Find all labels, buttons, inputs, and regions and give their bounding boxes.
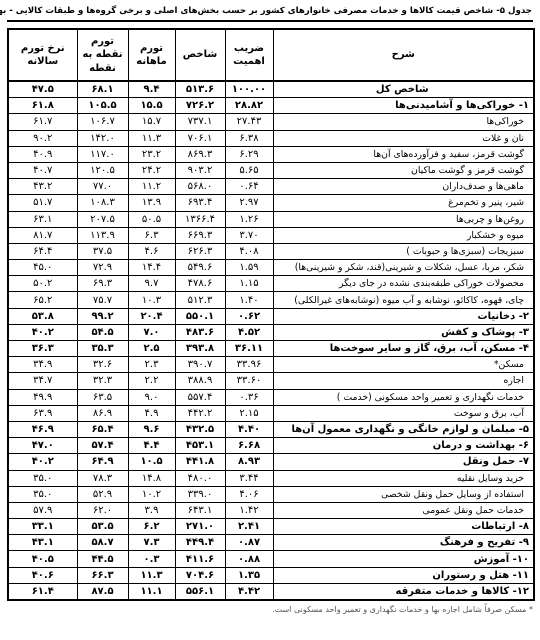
description-cell: چای، قهوه، کاکائو، نوشابه و آب میوه (نوش… [273, 292, 534, 308]
title-divider [7, 20, 533, 22]
weight-cell: ۱.۲۶ [225, 211, 273, 227]
table-row: میوه و خشکبار۳.۷۰۶۶۹.۳۶.۳۱۱۳.۹۸۱.۷ [8, 227, 534, 243]
weight-cell: ۱.۴۰ [225, 292, 273, 308]
monthly-inflation-cell: ۹.۶ [128, 421, 175, 437]
index-cell: ۵۵۶.۱ [175, 583, 225, 600]
table-row: ۱۰- آموزش۰.۸۸۴۱۱.۶۰.۳۴۴.۵۴۰.۵ [8, 551, 534, 567]
monthly-inflation-cell: ۱۱.۱ [128, 583, 175, 600]
monthly-inflation-cell: ۰.۳ [128, 551, 175, 567]
weight-cell: ۴.۴۰ [225, 421, 273, 437]
description-cell: گوشت قرمز و گوشت ماکیان [273, 162, 534, 178]
column-header-weight: ضریب اهمیت [225, 29, 273, 81]
annual-inflation-cell: ۳۴.۷ [8, 373, 77, 389]
index-cell: ۷۲۶.۲ [175, 98, 225, 114]
index-cell: ۵۵۰.۱ [175, 308, 225, 324]
weight-cell: ۰.۸۸ [225, 551, 273, 567]
column-header-annual-inflation: نرخ تورم سالانه [8, 29, 77, 81]
index-cell: ۵۱۲.۳ [175, 292, 225, 308]
point-to-point-inflation-cell: ۶۸.۱ [77, 81, 128, 98]
annual-inflation-cell: ۳۵.۰ [8, 470, 77, 486]
weight-cell: ۱۰۰.۰۰ [225, 81, 273, 98]
description-cell: آب، برق و سوخت [273, 405, 534, 421]
annual-inflation-cell: ۴۷.۵ [8, 81, 77, 98]
description-cell: ۵- مبلمان و لوازم خانگی و نگهداری معمول … [273, 421, 534, 437]
point-to-point-inflation-cell: ۶۵.۴ [77, 421, 128, 437]
monthly-inflation-cell: ۱۰.۲ [128, 486, 175, 502]
index-cell: ۴۸۰.۰ [175, 470, 225, 486]
weight-cell: ۶.۳۸ [225, 130, 273, 146]
annual-inflation-cell: ۳۵.۰ [8, 486, 77, 502]
weight-cell: ۵.۶۵ [225, 162, 273, 178]
annual-inflation-cell: ۴۳.۲ [8, 179, 77, 195]
description-cell: میوه و خشکبار [273, 227, 534, 243]
annual-inflation-cell: ۵۳.۸ [8, 308, 77, 324]
table-row: نان و غلات۶.۳۸۷۰۶.۱۱۱.۳۱۴۲.۰۹۰.۲ [8, 130, 534, 146]
table-row: ۴- مسکن، آب، برق، گاز و سایر سوخت‌ها۳۶.۱… [8, 341, 534, 357]
monthly-inflation-cell: ۵۰.۵ [128, 211, 175, 227]
table-row: استفاده از وسایل حمل ونقل شخصی۴.۰۶۳۳۹.۰۱… [8, 486, 534, 502]
table-row: ۸- ارتباطات۲.۴۱۲۷۱.۰۶.۲۵۳.۵۳۳.۱ [8, 519, 534, 535]
index-cell: ۳۹۰.۷ [175, 357, 225, 373]
monthly-inflation-cell: ۹.۷ [128, 276, 175, 292]
monthly-inflation-cell: ۱۰.۵ [128, 454, 175, 470]
index-cell: ۳۹۳.۸ [175, 341, 225, 357]
weight-cell: ۱.۳۵ [225, 567, 273, 583]
point-to-point-inflation-cell: ۶۴.۹ [77, 454, 128, 470]
description-cell: محصولات خوراکی طبقه‌بندی نشده در جای دیگ… [273, 276, 534, 292]
document: جدول ۵- شاخص قیمت کالاها و خدمات مصرفی خ… [0, 0, 540, 614]
point-to-point-inflation-cell: ۳۷.۵ [77, 243, 128, 259]
table-row: ماهی‌ها و صدف‌داران۰.۶۴۵۶۸.۰۱۱.۲۷۷.۰۴۳.۲ [8, 179, 534, 195]
point-to-point-inflation-cell: ۵۸.۷ [77, 535, 128, 551]
annual-inflation-cell: ۵۰.۲ [8, 276, 77, 292]
annual-inflation-cell: ۳۴.۹ [8, 357, 77, 373]
column-header-index: شاخص [175, 29, 225, 81]
weight-cell: ۰.۶۴ [225, 179, 273, 195]
index-cell: ۹۰۳.۲ [175, 162, 225, 178]
monthly-inflation-cell: ۱۵.۵ [128, 98, 175, 114]
weight-cell: ۶.۲۹ [225, 146, 273, 162]
table-row: شکر، مربا، عسل، شکلات و شیرینی(قند، شکر … [8, 260, 534, 276]
annual-inflation-cell: ۶۴.۴ [8, 243, 77, 259]
table-row: ۳- پوشاک و کفش۴.۵۲۴۸۳.۶۷.۰۵۴.۵۴۰.۲ [8, 324, 534, 340]
annual-inflation-cell: ۴۰.۲ [8, 454, 77, 470]
point-to-point-inflation-cell: ۲۰۷.۵ [77, 211, 128, 227]
weight-cell: ۱.۴۲ [225, 502, 273, 518]
housing-footnote: * مسکن صرفاً شامل اجاره بها و خدمات نگهد… [7, 601, 535, 614]
monthly-inflation-cell: ۴.۴ [128, 438, 175, 454]
index-cell: ۶۴۳.۱ [175, 502, 225, 518]
monthly-inflation-cell: ۲.۳ [128, 357, 175, 373]
description-cell: سبزیجات (سبزی‌ها و حبوبات ) [273, 243, 534, 259]
weight-cell: ۲۸.۸۲ [225, 98, 273, 114]
index-cell: ۴۱۱.۶ [175, 551, 225, 567]
weight-cell: ۱.۵۹ [225, 260, 273, 276]
monthly-inflation-cell: ۱۴.۴ [128, 260, 175, 276]
column-header-description: شرح [273, 29, 534, 81]
monthly-inflation-cell: ۱۱.۲ [128, 179, 175, 195]
annual-inflation-cell: ۳۶.۳ [8, 341, 77, 357]
index-cell: ۴۴۲.۲ [175, 405, 225, 421]
monthly-inflation-cell: ۴.۹ [128, 405, 175, 421]
weight-cell: ۶.۶۸ [225, 438, 273, 454]
annual-inflation-cell: ۴۶.۹ [8, 421, 77, 437]
point-to-point-inflation-cell: ۷۵.۷ [77, 292, 128, 308]
point-to-point-inflation-cell: ۷۸.۳ [77, 470, 128, 486]
point-to-point-inflation-cell: ۱۰۸.۳ [77, 195, 128, 211]
table-row: شاخص کل۱۰۰.۰۰۵۱۳.۶۹.۴۶۸.۱۴۷.۵ [8, 81, 534, 98]
index-cell: ۸۶۹.۳ [175, 146, 225, 162]
monthly-inflation-cell: ۹.۰ [128, 389, 175, 405]
point-to-point-inflation-cell: ۷۲.۹ [77, 260, 128, 276]
description-cell: ۱- خوراکی‌ها و آشامیدنی‌ها [273, 98, 534, 114]
table-row: ۵- مبلمان و لوازم خانگی و نگهداری معمول … [8, 421, 534, 437]
description-cell: ماهی‌ها و صدف‌داران [273, 179, 534, 195]
description-cell: گوشت قرمز، سفید و فرآورده‌های آن‌ها [273, 146, 534, 162]
annual-inflation-cell: ۶۱.۴ [8, 583, 77, 600]
table-row: گوشت قرمز و گوشت ماکیان۵.۶۵۹۰۳.۲۲۴.۲۱۲۰.… [8, 162, 534, 178]
index-cell: ۵۶۸.۰ [175, 179, 225, 195]
index-cell: ۴۵۳.۱ [175, 438, 225, 454]
weight-cell: ۲.۱۵ [225, 405, 273, 421]
index-cell: ۴۳۲.۵ [175, 421, 225, 437]
monthly-inflation-cell: ۱۴.۸ [128, 470, 175, 486]
annual-inflation-cell: ۴۹.۹ [8, 389, 77, 405]
monthly-inflation-cell: ۱۱.۳ [128, 567, 175, 583]
annual-inflation-cell: ۴۰.۲ [8, 324, 77, 340]
index-cell: ۷۳۷.۱ [175, 114, 225, 130]
point-to-point-inflation-cell: ۵۳.۵ [77, 519, 128, 535]
table-row: ۷- حمل ونقل۸.۹۳۴۴۱.۸۱۰.۵۶۴.۹۴۰.۲ [8, 454, 534, 470]
description-cell: خدمات حمل ونقل عمومی [273, 502, 534, 518]
index-cell: ۵۱۳.۶ [175, 81, 225, 98]
description-cell: خرید وسایل نقلیه [273, 470, 534, 486]
monthly-inflation-cell: ۲۳.۲ [128, 146, 175, 162]
point-to-point-inflation-cell: ۱۰۵.۵ [77, 98, 128, 114]
point-to-point-inflation-cell: ۱۲۰.۵ [77, 162, 128, 178]
point-to-point-inflation-cell: ۶۶.۳ [77, 567, 128, 583]
weight-cell: ۱.۱۵ [225, 276, 273, 292]
description-cell: استفاده از وسایل حمل ونقل شخصی [273, 486, 534, 502]
table-row: مسکن*۳۳.۹۶۳۹۰.۷۲.۳۳۲.۶۳۴.۹ [8, 357, 534, 373]
index-cell: ۳۳۹.۰ [175, 486, 225, 502]
annual-inflation-cell: ۴۰.۹ [8, 146, 77, 162]
monthly-inflation-cell: ۹.۴ [128, 81, 175, 98]
point-to-point-inflation-cell: ۶۲.۰ [77, 502, 128, 518]
weight-cell: ۲.۴۱ [225, 519, 273, 535]
description-cell: شکر، مربا، عسل، شکلات و شیرینی(قند، شکر … [273, 260, 534, 276]
point-to-point-inflation-cell: ۱۱۷.۰ [77, 146, 128, 162]
table-row: ۱۲- کالاها و خدمات متفرقه۴.۴۲۵۵۶.۱۱۱.۱۸۷… [8, 583, 534, 600]
table-row: شیر، پنیر و تخم‌مرغ۲.۹۷۶۹۳.۴۱۳.۹۱۰۸.۳۵۱.… [8, 195, 534, 211]
table-row: ۱۱- هتل و رستوران۱.۳۵۷۰۴.۶۱۱.۳۶۶.۳۴۰.۶ [8, 567, 534, 583]
point-to-point-inflation-cell: ۸۶.۹ [77, 405, 128, 421]
description-cell: ۴- مسکن، آب، برق، گاز و سایر سوخت‌ها [273, 341, 534, 357]
point-to-point-inflation-cell: ۶۹.۳ [77, 276, 128, 292]
table-row: خدمات حمل ونقل عمومی۱.۴۲۶۴۳.۱۳.۹۶۲.۰۵۷.۹ [8, 502, 534, 518]
index-cell: ۷۰۶.۱ [175, 130, 225, 146]
description-cell: شیر، پنیر و تخم‌مرغ [273, 195, 534, 211]
index-cell: ۶۲۶.۳ [175, 243, 225, 259]
annual-inflation-cell: ۴۵.۰ [8, 260, 77, 276]
weight-cell: ۸.۹۳ [225, 454, 273, 470]
weight-cell: ۳.۷۰ [225, 227, 273, 243]
monthly-inflation-cell: ۶.۳ [128, 227, 175, 243]
column-header-monthly-inflation: تورم ماهانه [128, 29, 175, 81]
description-cell: شاخص کل [273, 81, 534, 98]
weight-cell: ۴.۵۲ [225, 324, 273, 340]
monthly-inflation-cell: ۱۱.۳ [128, 130, 175, 146]
document-header: جدول ۵- شاخص قیمت کالاها و خدمات مصرفی خ… [7, 3, 533, 20]
column-header-point-to-point-inflation: تورم نقطه به نقطه [77, 29, 128, 81]
weight-cell: ۳۳.۶۰ [225, 373, 273, 389]
monthly-inflation-cell: ۱۰.۳ [128, 292, 175, 308]
table-row: ۲- دخانیات۰.۶۲۵۵۰.۱۲۰.۴۹۹.۲۵۳.۸ [8, 308, 534, 324]
description-cell: ۹- تفریح و فرهنگ [273, 535, 534, 551]
index-cell: ۵۵۷.۴ [175, 389, 225, 405]
table-row: چای، قهوه، کاکائو، نوشابه و آب میوه (نوش… [8, 292, 534, 308]
point-to-point-inflation-cell: ۳۲.۶ [77, 357, 128, 373]
point-to-point-inflation-cell: ۱۰۶.۷ [77, 114, 128, 130]
weight-cell: ۲۷.۴۳ [225, 114, 273, 130]
header-row: شرحضریب اهمیتشاخصتورم ماهانهتورم نقطه به… [8, 29, 534, 81]
annual-inflation-cell: ۸۱.۷ [8, 227, 77, 243]
page-title: جدول ۵- شاخص قیمت کالاها و خدمات مصرفی خ… [0, 6, 532, 16]
weight-cell: ۲.۹۷ [225, 195, 273, 211]
table-row: سبزیجات (سبزی‌ها و حبوبات )۴.۰۸۶۲۶.۳۴.۶۳… [8, 243, 534, 259]
point-to-point-inflation-cell: ۶۳.۵ [77, 389, 128, 405]
table-row: ۹- تفریح و فرهنگ۰.۸۷۴۴۹.۴۷.۳۵۸.۷۴۳.۱ [8, 535, 534, 551]
annual-inflation-cell: ۶۳.۱ [8, 211, 77, 227]
table-row: اجاره۳۳.۶۰۳۸۸.۹۲.۲۳۲.۳۳۴.۷ [8, 373, 534, 389]
point-to-point-inflation-cell: ۵۴.۵ [77, 324, 128, 340]
table-row: خوراکی‌ها۲۷.۴۳۷۳۷.۱۱۵.۷۱۰۶.۷۶۱.۷ [8, 114, 534, 130]
table-row: محصولات خوراکی طبقه‌بندی نشده در جای دیگ… [8, 276, 534, 292]
table-row: گوشت قرمز، سفید و فرآورده‌های آن‌ها۶.۲۹۸… [8, 146, 534, 162]
index-cell: ۶۹۳.۴ [175, 195, 225, 211]
annual-inflation-cell: ۴۳.۱ [8, 535, 77, 551]
annual-inflation-cell: ۶۳.۹ [8, 405, 77, 421]
table-header: شرحضریب اهمیتشاخصتورم ماهانهتورم نقطه به… [8, 29, 534, 81]
description-cell: خوراکی‌ها [273, 114, 534, 130]
annual-inflation-cell: ۶۱.۸ [8, 98, 77, 114]
monthly-inflation-cell: ۱۳.۹ [128, 195, 175, 211]
weight-cell: ۳.۴۴ [225, 470, 273, 486]
description-cell: خدمات نگهداری و تعمیر واحد مسکونی (خدمت … [273, 389, 534, 405]
annual-inflation-cell: ۶۵.۲ [8, 292, 77, 308]
description-cell: نان و غلات [273, 130, 534, 146]
point-to-point-inflation-cell: ۳۲.۳ [77, 373, 128, 389]
annual-inflation-cell: ۴۰.۵ [8, 551, 77, 567]
index-cell: ۶۶۹.۳ [175, 227, 225, 243]
point-to-point-inflation-cell: ۱۴۲.۰ [77, 130, 128, 146]
monthly-inflation-cell: ۲۰.۴ [128, 308, 175, 324]
monthly-inflation-cell: ۷.۰ [128, 324, 175, 340]
description-cell: ۷- حمل ونقل [273, 454, 534, 470]
weight-cell: ۰.۶۲ [225, 308, 273, 324]
annual-inflation-cell: ۳۳.۱ [8, 519, 77, 535]
monthly-inflation-cell: ۱۵.۷ [128, 114, 175, 130]
weight-cell: ۴.۴۲ [225, 583, 273, 600]
description-cell: روغن‌ها و چربی‌ها [273, 211, 534, 227]
index-cell: ۴۷۸.۶ [175, 276, 225, 292]
index-cell: ۷۰۴.۶ [175, 567, 225, 583]
weight-cell: ۴.۰۸ [225, 243, 273, 259]
description-cell: مسکن* [273, 357, 534, 373]
weight-cell: ۳۳.۹۶ [225, 357, 273, 373]
annual-inflation-cell: ۵۱.۷ [8, 195, 77, 211]
monthly-inflation-cell: ۲.۲ [128, 373, 175, 389]
description-cell: ۱۱- هتل و رستوران [273, 567, 534, 583]
description-cell: ۲- دخانیات [273, 308, 534, 324]
monthly-inflation-cell: ۴.۶ [128, 243, 175, 259]
monthly-inflation-cell: ۷.۳ [128, 535, 175, 551]
index-cell: ۳۸۸.۹ [175, 373, 225, 389]
index-cell: ۲۷۱.۰ [175, 519, 225, 535]
table-row: خدمات نگهداری و تعمیر واحد مسکونی (خدمت … [8, 389, 534, 405]
weight-cell: ۳۶.۱۱ [225, 341, 273, 357]
point-to-point-inflation-cell: ۵۲.۹ [77, 486, 128, 502]
description-cell: ۸- ارتباطات [273, 519, 534, 535]
description-cell: ۳- پوشاک و کفش [273, 324, 534, 340]
index-cell: ۴۴۹.۴ [175, 535, 225, 551]
monthly-inflation-cell: ۳.۹ [128, 502, 175, 518]
point-to-point-inflation-cell: ۷۷.۰ [77, 179, 128, 195]
point-to-point-inflation-cell: ۳۵.۳ [77, 341, 128, 357]
cpi-table: شرحضریب اهمیتشاخصتورم ماهانهتورم نقطه به… [7, 28, 535, 601]
annual-inflation-cell: ۴۷.۰ [8, 438, 77, 454]
weight-cell: ۰.۸۷ [225, 535, 273, 551]
table-row: آب، برق و سوخت۲.۱۵۴۴۲.۲۴.۹۸۶.۹۶۳.۹ [8, 405, 534, 421]
index-cell: ۱۳۶۶.۴ [175, 211, 225, 227]
description-cell: اجاره [273, 373, 534, 389]
monthly-inflation-cell: ۶.۲ [128, 519, 175, 535]
annual-inflation-cell: ۴۰.۶ [8, 567, 77, 583]
index-cell: ۴۴۱.۸ [175, 454, 225, 470]
description-cell: ۱۰- آموزش [273, 551, 534, 567]
table-row: ۱- خوراکی‌ها و آشامیدنی‌ها۲۸.۸۲۷۲۶.۲۱۵.۵… [8, 98, 534, 114]
index-cell: ۵۴۹.۶ [175, 260, 225, 276]
monthly-inflation-cell: ۲۴.۲ [128, 162, 175, 178]
point-to-point-inflation-cell: ۴۴.۵ [77, 551, 128, 567]
annual-inflation-cell: ۶۱.۷ [8, 114, 77, 130]
table-row: خرید وسایل نقلیه۳.۴۴۴۸۰.۰۱۴.۸۷۸.۳۳۵.۰ [8, 470, 534, 486]
description-cell: ۶- بهداشت و درمان [273, 438, 534, 454]
monthly-inflation-cell: ۲.۵ [128, 341, 175, 357]
annual-inflation-cell: ۴۰.۷ [8, 162, 77, 178]
index-cell: ۴۸۳.۶ [175, 324, 225, 340]
point-to-point-inflation-cell: ۵۷.۴ [77, 438, 128, 454]
point-to-point-inflation-cell: ۸۷.۵ [77, 583, 128, 600]
table-row: روغن‌ها و چربی‌ها۱.۲۶۱۳۶۶.۴۵۰.۵۲۰۷.۵۶۳.۱ [8, 211, 534, 227]
annual-inflation-cell: ۵۷.۹ [8, 502, 77, 518]
table-body: شاخص کل۱۰۰.۰۰۵۱۳.۶۹.۴۶۸.۱۴۷.۵۱- خوراکی‌ه… [8, 81, 534, 600]
weight-cell: ۰.۳۶ [225, 389, 273, 405]
point-to-point-inflation-cell: ۹۹.۲ [77, 308, 128, 324]
point-to-point-inflation-cell: ۱۱۳.۹ [77, 227, 128, 243]
table-row: ۶- بهداشت و درمان۶.۶۸۴۵۳.۱۴.۴۵۷.۴۴۷.۰ [8, 438, 534, 454]
weight-cell: ۴.۰۶ [225, 486, 273, 502]
description-cell: ۱۲- کالاها و خدمات متفرقه [273, 583, 534, 600]
annual-inflation-cell: ۹۰.۲ [8, 130, 77, 146]
